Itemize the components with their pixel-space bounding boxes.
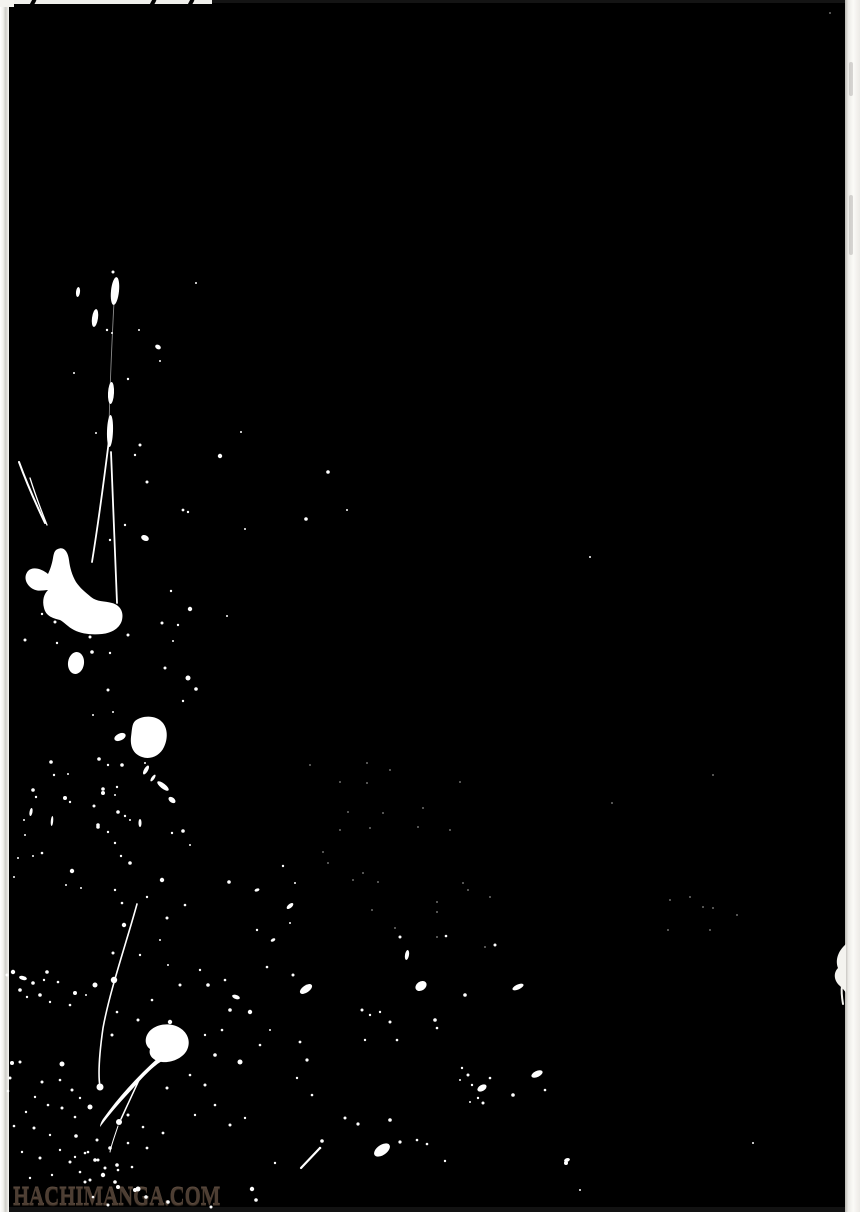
ink-splatter-artwork — [0, 0, 860, 1212]
manga-page: HACHIMANGA.COM — [0, 0, 860, 1212]
